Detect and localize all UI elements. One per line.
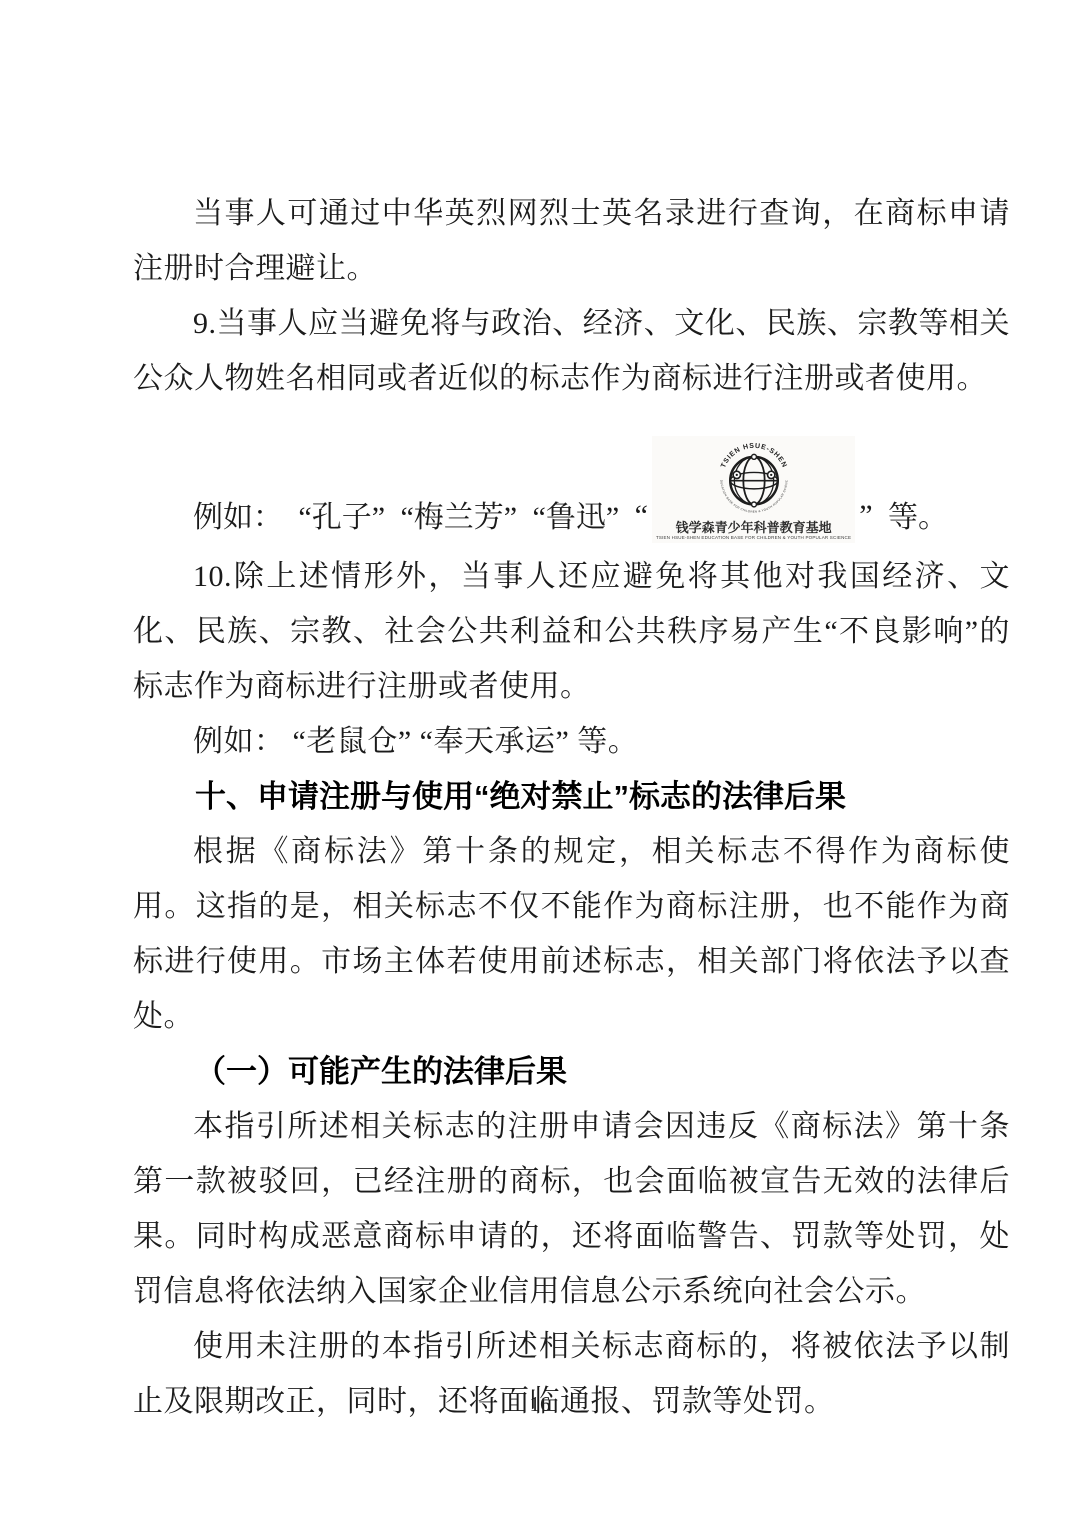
page-number: 16: [530, 1392, 551, 1416]
close-quote: ”: [859, 497, 872, 537]
open-quote: “: [635, 497, 648, 537]
tsien-hsue-shen-logo: TSIEN HSUE-SHEN EDUCATION BASE FOR CHILD…: [652, 436, 855, 543]
example-item-luxun: “鲁迅”: [533, 499, 620, 537]
example-suffix: 等。: [888, 499, 948, 537]
globe-emblem-icon: TSIEN HSUE-SHEN EDUCATION BASE FOR CHILD…: [713, 438, 795, 520]
example-line-with-logo: 例如： “孔子” “梅兰芳” “鲁迅” “ TSIEN HSUE-SHEN: [133, 406, 1010, 549]
paragraph-example-2: 例如： “老鼠仓” “奉天承运” 等。: [133, 714, 1010, 769]
paragraph-item-9: 9.当事人应当避免将与政治、经济、文化、民族、宗教等相关公众人物姓名相同或者近似…: [133, 296, 1010, 406]
example-item-logo: “ TSIEN HSUE-SHEN EDUCATION BASE: [635, 436, 873, 537]
page-content: 当事人可通过中华英烈网烈士英名录进行查询，在商标申请注册时合理避让。 9.当事人…: [133, 186, 1010, 1429]
paragraph-consequences-registration: 本指引所述相关标志的注册申请会因违反《商标法》第十条第一款被驳回，已经注册的商标…: [133, 1099, 1010, 1319]
example-item-meilanfang: “梅兰芳”: [400, 499, 517, 537]
paragraph-martyr-lookup: 当事人可通过中华英烈网烈士英名录进行查询，在商标申请注册时合理避让。: [133, 186, 1010, 296]
example-label: 例如：: [193, 499, 283, 537]
section-heading-10: 十、申请注册与使用“绝对禁止”标志的法律后果: [133, 769, 1010, 824]
page-footer: 16: [0, 1392, 1080, 1417]
logo-name-chinese: 钱学森青少年科普教育基地: [676, 520, 832, 535]
logo-name-english: TSIEN HSUE-SHEN EDUCATION BASE FOR CHILD…: [656, 535, 851, 541]
document-page: 当事人可通过中华英烈网烈士英名录进行查询，在商标申请注册时合理避让。 9.当事人…: [0, 0, 1080, 1521]
example-item-kongzi: “孔子”: [298, 499, 385, 537]
paragraph-item-10: 10.除上述情形外，当事人还应避免将其他对我国经济、文化、民族、宗教、社会公共利…: [133, 549, 1010, 714]
paragraph-article-10-rule: 根据《商标法》第十条的规定，相关标志不得作为商标使用。这指的是，相关标志不仅不能…: [133, 824, 1010, 1044]
subsection-heading-legal-consequences: （一）可能产生的法律后果: [133, 1044, 1010, 1099]
